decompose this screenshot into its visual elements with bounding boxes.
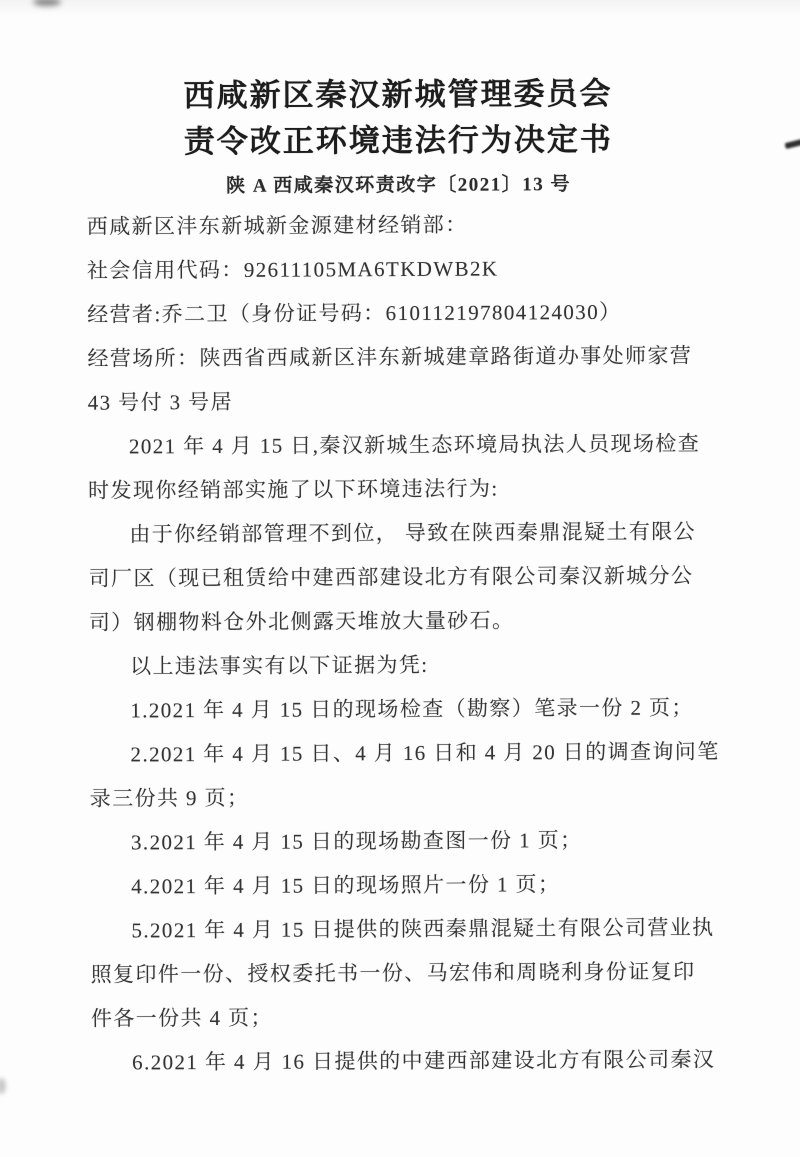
- document-body: 西咸新区沣东新城新金源建材经销部： 社会信用代码：92611105MA6TKDW…: [87, 201, 737, 1084]
- body-line: 录三份共 9 页；: [90, 773, 735, 820]
- document-reference-number: 陕 A 西咸秦汉环责改字〔2021〕13 号: [0, 168, 799, 199]
- body-line: 照复印件一份、授权委托书一份、马宏伟和周晓利身份证复印: [91, 949, 736, 996]
- document-page: 西咸新区秦汉新城管理委员会 责令改正环境违法行为决定书 陕 A 西咸秦汉环责改字…: [0, 0, 800, 1157]
- body-line: 2.2021 年 4 月 15 日、4 月 16 日和 4 月 20 日的调查询…: [89, 729, 734, 776]
- body-line: 件各一份共 4 页；: [91, 993, 736, 1040]
- body-line: 司厂区（现已租赁给中建西部建设北方有限公司秦汉新城分公: [88, 553, 733, 600]
- body-line: 时发现你经销部实施了以下环境违法行为:: [88, 465, 733, 512]
- title-line-1: 西咸新区秦汉新城管理委员会: [0, 70, 798, 120]
- document-title: 西咸新区秦汉新城管理委员会 责令改正环境违法行为决定书: [0, 70, 798, 166]
- body-line: 西咸新区沣东新城新金源建材经销部：: [87, 201, 732, 248]
- body-line: 2021 年 4 月 15 日,秦汉新城生态环境局执法人员现场检查: [88, 421, 733, 468]
- scanned-content: 西咸新区秦汉新城管理委员会 责令改正环境违法行为决定书 陕 A 西咸秦汉环责改字…: [0, 0, 800, 1157]
- body-line: 以上违法事实有以下证据为凭:: [89, 641, 734, 688]
- body-line: 4.2021 年 4 月 15 日的现场照片一份 1 页；: [90, 861, 735, 908]
- body-line: 司）钢棚物料仓外北侧露天堆放大量砂石。: [89, 597, 734, 644]
- body-line: 5.2021 年 4 月 15 日提供的陕西秦鼎混疑土有限公司营业执: [90, 905, 735, 952]
- body-line: 1.2021 年 4 月 15 日的现场检查（勘察）笔录一份 2 页；: [89, 685, 734, 732]
- body-line: 43 号付 3 号居: [88, 377, 733, 424]
- body-line: 经营者:乔二卫（身份证号码：610112197804124030）: [87, 289, 732, 336]
- body-line: 社会信用代码：92611105MA6TKDWB2K: [87, 245, 732, 292]
- body-line: 由于你经销部管理不到位， 导致在陕西秦鼎混疑土有限公: [88, 509, 733, 556]
- body-line: 6.2021 年 4 月 16 日提供的中建西部建设北方有限公司秦汉: [91, 1037, 736, 1084]
- body-line: 经营场所：陕西省西咸新区沣东新城建章路街道办事处师家营: [87, 333, 732, 380]
- body-line: 3.2021 年 4 月 15 日的现场勘查图一份 1 页；: [90, 817, 735, 864]
- title-line-2: 责令改正环境违法行为决定书: [0, 116, 798, 166]
